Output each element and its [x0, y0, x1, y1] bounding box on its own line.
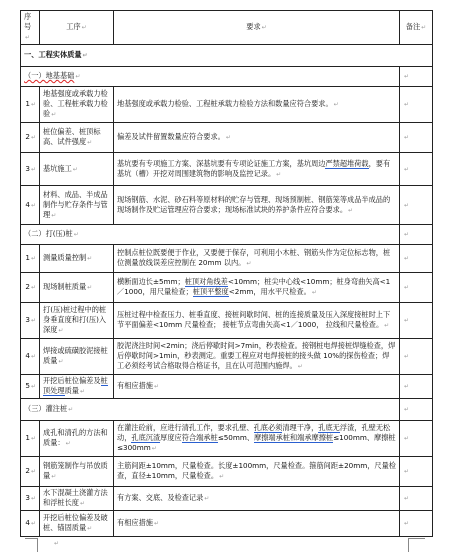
- group-title: （二）打(压)桩↵: [21, 225, 400, 245]
- remark-cell: ↵: [400, 225, 433, 245]
- group-title: （三）灌注桩↵: [21, 399, 400, 421]
- row-remark: ↵: [400, 273, 433, 303]
- row-requirement: 地基强度或承载力检验、工程桩承载力检验方法和数量应符合要求。↵: [114, 87, 400, 123]
- group-title-row: （三）灌注桩↵ ↵: [21, 399, 433, 421]
- section-title-row: 一、工程实体质量↵: [21, 45, 433, 67]
- row-remark: ↵: [400, 245, 433, 273]
- row-remark: ↵: [400, 186, 433, 225]
- row-process: 测量质量控制↵: [40, 245, 114, 273]
- paragraph-mark: ↵: [54, 540, 59, 547]
- row-no: 4↵: [21, 339, 40, 375]
- group-title: （一）地基基础↵: [21, 67, 400, 87]
- group-title-row: （一）地基基础↵ ↵: [21, 67, 433, 87]
- row-no: 3↵: [21, 487, 40, 511]
- page-corner-marker-right: [408, 538, 425, 552]
- row-remark: ↵: [400, 487, 433, 511]
- table-row: 3↵ 水下混凝土浇灌方法和浮桩长度↵ 有方案、交底、及检查记录↵ ↵: [21, 487, 433, 511]
- row-process: 焊接或硫磺胶泥接桩质量↵: [40, 339, 114, 375]
- table-row: 4↵ 焊接或硫磺胶泥接桩质量↵ 胶泥浇注时间<2min；浇后停歇时间>7min，…: [21, 339, 433, 375]
- row-requirement: 压桩过程中检查压力、桩垂直度、接桩间歇时间、桩的连接质量及压入深度接桩时上下节平…: [114, 303, 400, 339]
- row-remark: ↵: [400, 123, 433, 153]
- document-page: 序号↵ 工序↵ 要求↵ 备注↵ 一、工程实体质量↵ （一）地基基础↵ ↵ 1↵ …: [0, 0, 449, 552]
- row-no: 5↵: [21, 375, 40, 399]
- header-process: 工序↵: [40, 11, 114, 45]
- row-process: 打(压)桩过程中的桩身垂直度和打(压)入深度↵: [40, 303, 114, 339]
- row-no: 1↵: [21, 87, 40, 123]
- row-requirement: 控制点桩位既要便于作业，又要便于保存，可利用小木桩、钢筋头作为定位标志物，桩位测…: [114, 245, 400, 273]
- row-process: 现场制桩质量↵: [40, 273, 114, 303]
- row-requirement: 主筋间距±10mm，尺量检查。长度±100mm，尺量检查。箍筋间距±20mm，尺…: [114, 457, 400, 487]
- table-row: 4↵ 开挖后桩位偏差及破桩、锚固质量↵ 有相应措施↵ ↵: [21, 511, 433, 537]
- row-remark: ↵: [400, 375, 433, 399]
- row-process: 桩位偏差、桩顶标高、试件强度↵: [40, 123, 114, 153]
- table-row: 2↵ 钢筋笼制作与吊放质量↵ 主筋间距±10mm，尺量检查。长度±100mm，尺…: [21, 457, 433, 487]
- row-requirement: 有方案、交底、及检查记录↵: [114, 487, 400, 511]
- table-row: 3↵ 基坑施工↵ 基坑要有专项施工方案、深基坑要有专项论证施工方案，基坑周边严禁…: [21, 153, 433, 186]
- row-no: 2↵: [21, 123, 40, 153]
- table-header-row: 序号↵ 工序↵ 要求↵ 备注↵: [21, 11, 433, 45]
- page-corner-marker-left: [25, 538, 38, 552]
- row-process: 材料、成品、半成品制作与贮存条件与管理↵: [40, 186, 114, 225]
- row-no: 1↵: [21, 421, 40, 457]
- row-requirement: 横断面边长±5mm；桩顶对角线差<10mm；桩尖中心线<10mm；桩身弯曲矢高<…: [114, 273, 400, 303]
- row-no: 2↵: [21, 457, 40, 487]
- row-no: 4↵: [21, 186, 40, 225]
- row-remark: ↵: [400, 303, 433, 339]
- table-row: 3↵ 打(压)桩过程中的桩身垂直度和打(压)入深度↵ 压桩过程中检查压力、桩垂直…: [21, 303, 433, 339]
- quality-requirements-table: 序号↵ 工序↵ 要求↵ 备注↵ 一、工程实体质量↵ （一）地基基础↵ ↵ 1↵ …: [20, 10, 433, 537]
- row-requirement: 基坑要有专项施工方案、深基坑要有专项论证施工方案，基坑周边严禁超堆荷载，要有基坑…: [114, 153, 400, 186]
- section-title: 一、工程实体质量↵: [21, 45, 433, 67]
- row-process: 开挖后桩位偏差及桩顶处理质量↵: [40, 375, 114, 399]
- row-requirement: 偏差及试件留置数量应符合要求。↵: [114, 123, 400, 153]
- row-no: 3↵: [21, 153, 40, 186]
- table-row: 2↵ 桩位偏差、桩顶标高、试件强度↵ 偏差及试件留置数量应符合要求。↵ ↵: [21, 123, 433, 153]
- header-no: 序号↵: [21, 11, 40, 45]
- row-requirement: 在灌注砼前，应进行清孔工作，要求孔壁、孔底必须清理干净，孔底无浮渣，孔壁无松动，…: [114, 421, 400, 457]
- row-no: 2↵: [21, 273, 40, 303]
- row-process: 基坑施工↵: [40, 153, 114, 186]
- row-process: 地基强度或承载力检验、工程桩承载力检验↵: [40, 87, 114, 123]
- row-requirement: 现场钢筋、水泥、砂石料等原材料的贮存与管理、现场预制桩、钢筋笼等成品半成品的现场…: [114, 186, 400, 225]
- row-requirement: 有相应措施↵: [114, 375, 400, 399]
- row-remark: ↵: [400, 457, 433, 487]
- row-process: 开挖后桩位偏差及破桩、锚固质量↵: [40, 511, 114, 537]
- row-process: 成孔和清孔的方法和质量：↵: [40, 421, 114, 457]
- table-row: 1↵ 地基强度或承载力检验、工程桩承载力检验↵ 地基强度或承载力检验、工程桩承载…: [21, 87, 433, 123]
- row-requirement: 有相应措施↵: [114, 511, 400, 537]
- table-row: 1↵ 测量质量控制↵ 控制点桩位既要便于作业，又要便于保存，可利用小木桩、钢筋头…: [21, 245, 433, 273]
- header-requirement: 要求↵: [114, 11, 400, 45]
- row-process: 钢筋笼制作与吊放质量↵: [40, 457, 114, 487]
- table-row: 1↵ 成孔和清孔的方法和质量：↵ 在灌注砼前，应进行清孔工作，要求孔壁、孔底必须…: [21, 421, 433, 457]
- row-no: 4↵: [21, 511, 40, 537]
- row-remark: ↵: [400, 511, 433, 537]
- remark-cell: ↵: [400, 399, 433, 421]
- row-requirement: 胶泥浇注时间<2min；浇后停歇时间>7min，秒表检查。接钢桩电焊接桩焊缝检查…: [114, 339, 400, 375]
- row-process: 水下混凝土浇灌方法和浮桩长度↵: [40, 487, 114, 511]
- remark-cell: ↵: [400, 67, 433, 87]
- table-row: 4↵ 材料、成品、半成品制作与贮存条件与管理↵ 现场钢筋、水泥、砂石料等原材料的…: [21, 186, 433, 225]
- row-remark: ↵: [400, 339, 433, 375]
- row-remark: ↵: [400, 421, 433, 457]
- row-remark: ↵: [400, 153, 433, 186]
- row-no: 1↵: [21, 245, 40, 273]
- row-remark: ↵: [400, 87, 433, 123]
- row-no: 3↵: [21, 303, 40, 339]
- header-remark: 备注↵: [400, 11, 433, 45]
- group-title-row: （二）打(压)桩↵ ↵: [21, 225, 433, 245]
- table-row: 5↵ 开挖后桩位偏差及桩顶处理质量↵ 有相应措施↵ ↵: [21, 375, 433, 399]
- table-row: 2↵ 现场制桩质量↵ 横断面边长±5mm；桩顶对角线差<10mm；桩尖中心线<1…: [21, 273, 433, 303]
